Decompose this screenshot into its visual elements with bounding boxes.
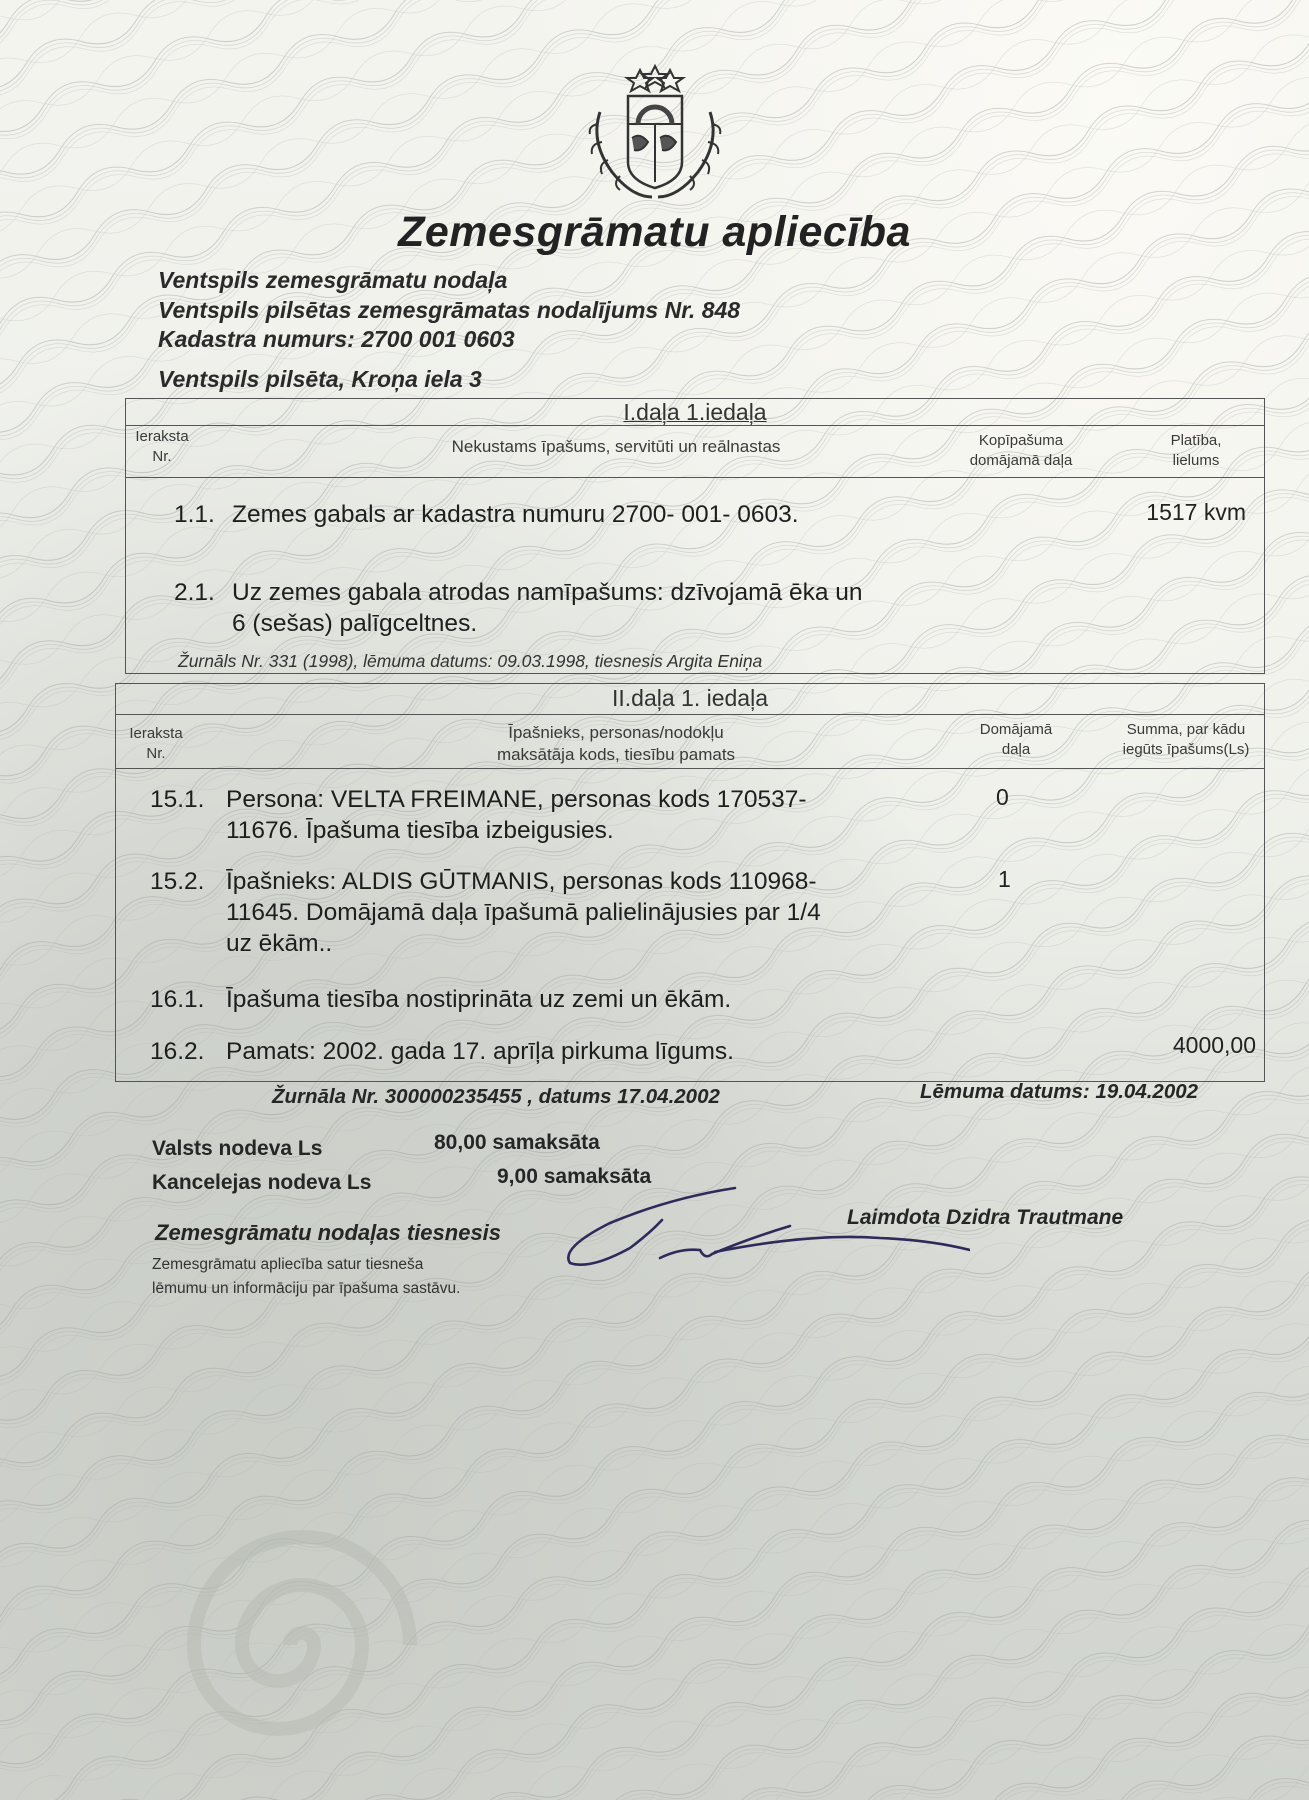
part1-entry-area: 1517 kvm: [1146, 499, 1246, 526]
part1-journal-note: Žurnāls Nr. 331 (1998), lēmuma datums: 0…: [178, 651, 762, 672]
part2-entry-share: 1: [998, 866, 1011, 893]
spiral-watermark: [194, 1537, 410, 1729]
division-number: Ventspils pilsētas zemesgrāmatas nodalīj…: [158, 297, 740, 324]
part1-section-title: I.daļa 1.iedaļa: [126, 399, 1264, 426]
col-header-property: Nekustams īpašums, servitūti un reālnast…: [386, 437, 846, 457]
col-header-entry-nr: IerakstaNr.: [132, 427, 192, 467]
col-header-owner: Īpašnieks, personas/nodokļumaksātāja kod…: [446, 722, 786, 766]
col-header-area: Platība,lielums: [1146, 431, 1246, 471]
col-header-entry-nr: IerakstaNr.: [126, 724, 186, 764]
certificate-note-line2: lēmumu un informāciju par īpašuma sastāv…: [152, 1280, 460, 1298]
state-fee-value: 80,00 samaksāta: [434, 1131, 600, 1155]
document-title: Zemesgrāmatu apliecība: [0, 208, 1309, 257]
cadastre-number: Kadastra numurs: 2700 001 0603: [158, 326, 515, 353]
department-name: Ventspils zemesgrāmatu nodaļa: [158, 267, 507, 294]
part2-entry-amount: 4000,00: [1173, 1032, 1256, 1059]
state-fee-label: Valsts nodeva Ls: [152, 1137, 322, 1161]
judge-label: Zemesgrāmatu nodaļas tiesnesis: [155, 1220, 501, 1246]
coat-of-arms-emblem: [560, 62, 750, 207]
decision-date: Lēmuma datums: 19.04.2002: [920, 1080, 1198, 1104]
judge-name: Laimdota Dzidra Trautmane: [847, 1206, 1123, 1230]
col-header-share: Domājamādaļa: [956, 720, 1076, 760]
certificate-note-line1: Zemesgrāmatu apliecība satur tiesneša: [152, 1256, 423, 1274]
part2-entry-share: 0: [996, 784, 1009, 811]
part1-table: I.daļa 1.iedaļa IerakstaNr. Nekustams īp…: [125, 398, 1265, 674]
property-address: Ventspils pilsēta, Kroņa iela 3: [158, 366, 482, 393]
part2-table: II.daļa 1. iedaļa IerakstaNr. Īpašnieks,…: [115, 683, 1265, 1082]
col-header-co-ownership-share: Kopīpašumadomājamā daļa: [946, 431, 1096, 471]
part2-section-title: II.daļa 1. iedaļa: [116, 685, 1264, 712]
office-fee-label: Kancelejas nodeva Ls: [152, 1171, 371, 1195]
col-header-amount: Summa, par kāduiegūts īpašums(Ls): [1111, 720, 1261, 760]
journal-number: Žurnāla Nr. 300000235455 , datums 17.04.…: [272, 1085, 720, 1109]
